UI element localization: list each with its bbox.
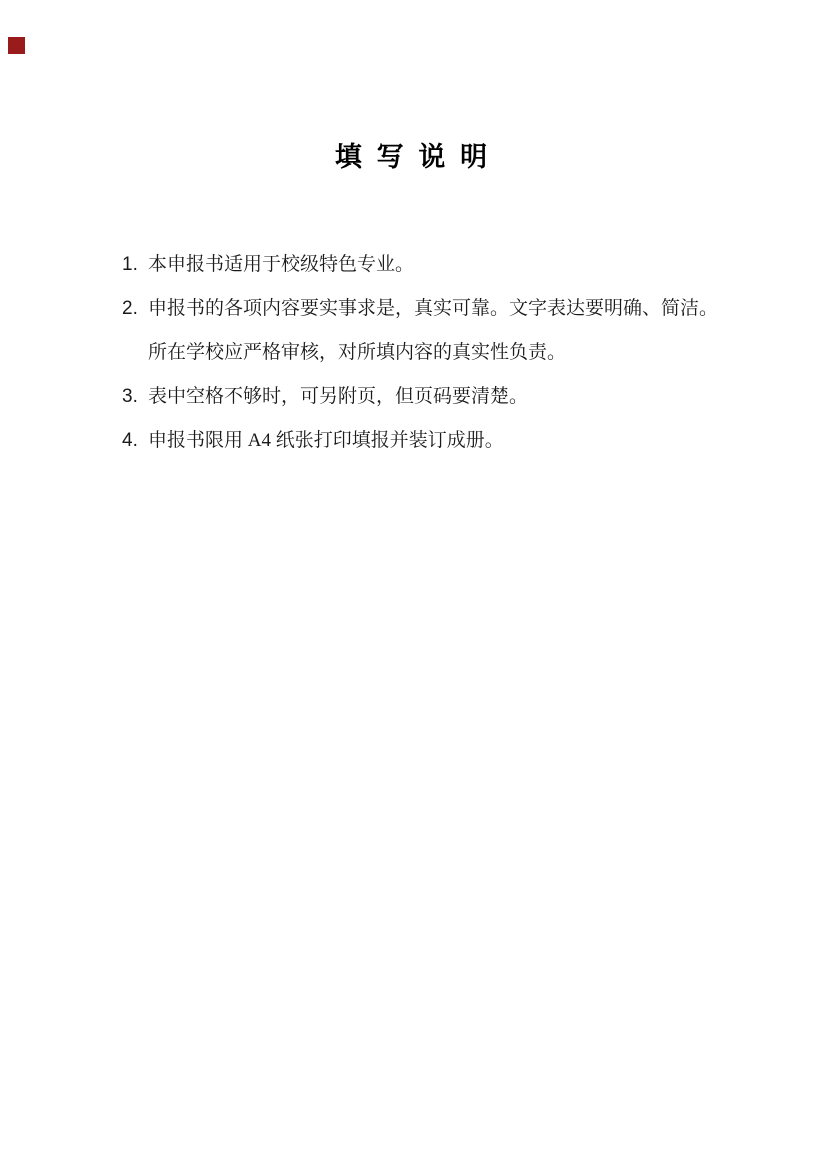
item-text-block: 申报书限用 A4 纸张打印填报并装订成册。 <box>148 419 826 463</box>
item-number: 4. <box>122 419 148 463</box>
item-text-line: 本申报书适用于校级特色专业。 <box>148 254 414 275</box>
list-item-2: 2. 申报书的各项内容要实事求是，真实可靠。文字表达要明确、简洁。 所在学校应严… <box>122 287 826 375</box>
item-text-block: 申报书的各项内容要实事求是，真实可靠。文字表达要明确、简洁。 所在学校应严格审核… <box>148 287 826 375</box>
item-text-line: 表中空格不够时，可另附页，但页码要清楚。 <box>148 386 528 407</box>
item-text-line: 申报书限用 A4 纸张打印填报并装订成册。 <box>148 430 504 451</box>
item-number: 2. <box>122 287 148 331</box>
item-number: 1. <box>122 243 148 287</box>
item-text-line: 申报书的各项内容要实事求是，真实可靠。文字表达要明确、简洁。 <box>148 287 826 331</box>
item-text-block: 表中空格不够时，可另附页，但页码要清楚。 <box>148 375 826 419</box>
document-page: 填 写 说 明 1. 本申报书适用于校级特色专业。 2. 申报书的各项内容要实事… <box>0 0 826 1169</box>
item-number: 3. <box>122 375 148 419</box>
instructions-list: 1. 本申报书适用于校级特色专业。 2. 申报书的各项内容要实事求是，真实可靠。… <box>122 243 826 463</box>
item-text-block: 本申报书适用于校级特色专业。 <box>148 243 826 287</box>
item-text-line: 所在学校应严格审核，对所填内容的真实性负责。 <box>148 331 826 375</box>
list-item-3: 3. 表中空格不够时，可另附页，但页码要清楚。 <box>122 375 826 419</box>
list-item-1: 1. 本申报书适用于校级特色专业。 <box>122 243 826 287</box>
page-title: 填 写 说 明 <box>0 0 826 175</box>
red-corner-marker <box>8 37 25 54</box>
list-item-4: 4. 申报书限用 A4 纸张打印填报并装订成册。 <box>122 419 826 463</box>
